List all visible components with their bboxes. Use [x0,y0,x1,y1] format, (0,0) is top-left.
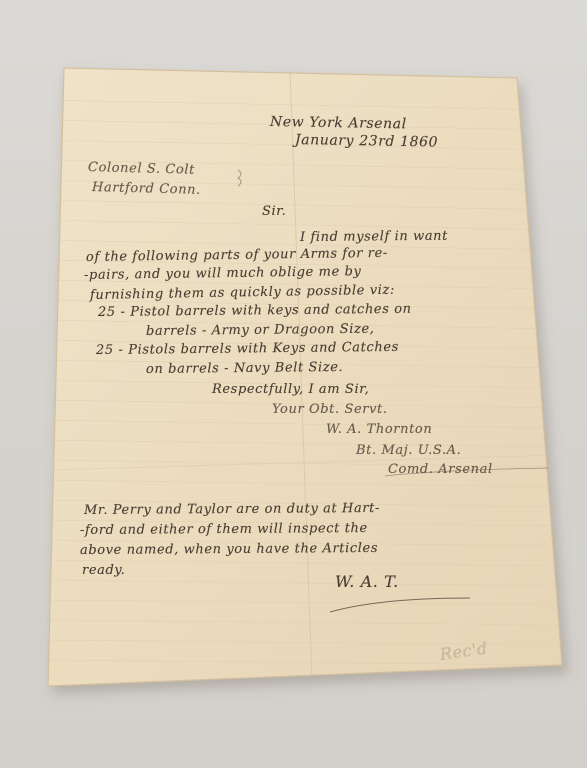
postscript-line-3: above named, when you have the Articles [80,541,378,558]
body-line-1: I find myself in want [300,229,448,245]
body-line-8: on barrels - Navy Belt Size. [146,360,343,377]
addressee-name: Colonel S. Colt [88,160,195,178]
photo-scene: New York Arsenal January 23rd 1860 Colon… [0,0,587,768]
heading-date: January 23rd 1860 [295,132,438,150]
body-line-7: 25 - Pistols barrels with Keys and Catch… [96,340,399,358]
postscript-line-2: -ford and either of them will inspect th… [80,521,368,538]
postscript-initials: W. A. T. [335,572,399,591]
heading-place: New York Arsenal [270,114,407,132]
closing-respectfully: Respectfully, I am Sir, [212,382,369,397]
signature-rank: Bt. Maj. U.S.A. [356,443,461,458]
addressee-city: Hartford Conn. [92,180,201,198]
postscript-line-4: ready. [82,563,125,578]
signature-command: Comd. Arsenal [388,462,493,477]
closing-servant: Your Obt. Servt. [272,402,388,417]
postscript-line-1: Mr. Perry and Taylor are on duty at Hart… [84,501,380,518]
salutation: Sir. [262,204,286,219]
signature: W. A. Thornton [326,422,432,437]
body-line-6: barrels - Army or Dragoon Size, [146,322,375,339]
